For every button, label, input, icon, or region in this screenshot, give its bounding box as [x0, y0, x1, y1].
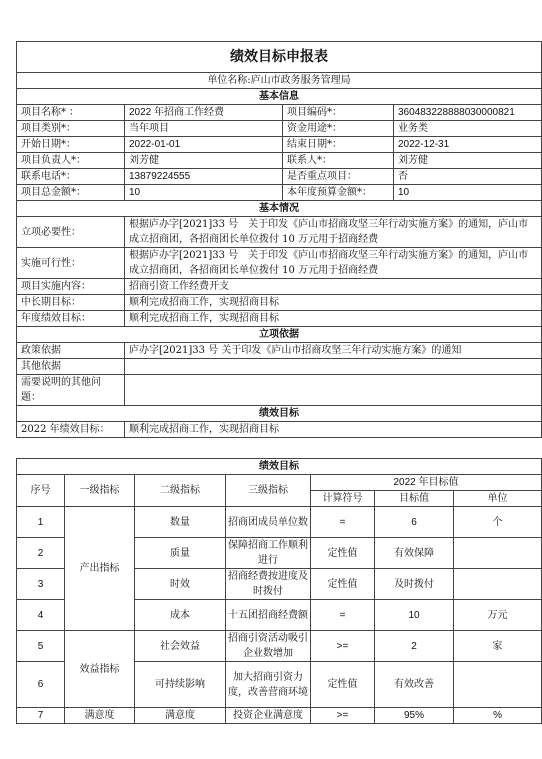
- indicator-seq: 7: [17, 708, 65, 724]
- info-label: 项目总金额*：: [17, 185, 125, 201]
- basis-label: 其他依据: [17, 359, 125, 375]
- indicator-level3: 十五团招商经费额: [226, 600, 311, 631]
- indicator-target: 有效保障: [375, 538, 454, 569]
- indicator-seq: 6: [17, 662, 65, 708]
- situation-row: 年度绩效目标： 顺利完成招商工作，实现招商目标: [17, 311, 542, 327]
- indicator-unit: 万元: [454, 600, 542, 631]
- info-label: 是否重点项目：: [283, 169, 394, 185]
- header-row: 序号 一级指标 二级指标 三级指标 2022 年目标值: [17, 475, 542, 491]
- basis-value: [125, 359, 542, 375]
- situation-label: 立项必要性：: [17, 217, 125, 248]
- info-label: 本年度预算金额*：: [283, 185, 394, 201]
- situation-value: 顺利完成招商工作，实现招商目标: [125, 311, 542, 327]
- indicator-level3: 保障招商工作顺利进行: [226, 538, 311, 569]
- info-label: 项目名称* ：: [17, 105, 125, 121]
- indicator-unit: %: [454, 708, 542, 724]
- indicator-level2: 数量: [135, 507, 226, 538]
- indicator-operator: 定性值: [311, 538, 375, 569]
- indicator-row: 5 效益指标 社会效益 招商引资活动吸引企业数增加 >= 2 家: [17, 631, 542, 662]
- situation-value: 根据庐办字[2021]33 号 关于印发《庐山市招商攻坚三年行动实施方案》的通知…: [125, 248, 542, 279]
- indicator-level3: 招商经费按进度及时拨付: [226, 569, 311, 600]
- indicator-operator: =: [311, 507, 375, 538]
- header-seq: 序号: [17, 475, 65, 507]
- situation-label: 年度绩效目标：: [17, 311, 125, 327]
- indicator-unit: 个: [454, 507, 542, 538]
- indicator-level3: 加大招商引资力度，改善营商环境: [226, 662, 311, 708]
- indicator-seq: 1: [17, 507, 65, 538]
- info-value: 2022-12-31: [394, 137, 542, 153]
- basis-row: 政策依据 庐办字[2021]33 号 关于印发《庐山市招商攻坚三年行动实施方案》…: [17, 343, 542, 359]
- info-label: 联系人*：: [283, 153, 394, 169]
- goal-value: 顺利完成招商工作，实现招商目标: [125, 422, 542, 438]
- indicator-seq: 4: [17, 600, 65, 631]
- indicator-unit: [454, 662, 542, 708]
- indicator-target: 有效改善: [375, 662, 454, 708]
- info-row: 联系电话*： 13879224555 是否重点项目： 否: [17, 169, 542, 185]
- header-level3: 三级指标: [226, 475, 311, 507]
- indicator-operator: >=: [311, 631, 375, 662]
- indicator-level2: 社会效益: [135, 631, 226, 662]
- indicator-level2: 可持续影响: [135, 662, 226, 708]
- info-label: 项目类别*：: [17, 121, 125, 137]
- indicator-operator: =: [311, 600, 375, 631]
- indicator-unit: 家: [454, 631, 542, 662]
- situation-value: 招商引资工作经费开支: [125, 279, 542, 295]
- section-performance-goal: 绩效目标: [17, 406, 542, 422]
- header-level1: 一级指标: [65, 475, 135, 507]
- header-level2: 二级指标: [135, 475, 226, 507]
- situation-label: 中长期目标：: [17, 295, 125, 311]
- header-target: 目标值: [375, 491, 454, 507]
- indicator-level2: 成本: [135, 600, 226, 631]
- indicator-level2: 时效: [135, 569, 226, 600]
- info-row: 开始日期*： 2022-01-01 结束日期*： 2022-12-31: [17, 137, 542, 153]
- section-project-basis: 立项依据: [17, 327, 542, 343]
- form-title: 绩效目标申报表: [17, 42, 542, 73]
- indicator-target: 95%: [375, 708, 454, 724]
- declaration-form-table: 绩效目标申报表 单位名称:庐山市政务服务管理局 基本信息 项目名称* ： 202…: [16, 41, 542, 438]
- section-basic-info: 基本信息: [17, 89, 542, 105]
- info-value: 13879224555: [125, 169, 283, 185]
- indicator-level2: 质量: [135, 538, 226, 569]
- info-label: 项目编码*：: [283, 105, 394, 121]
- situation-row: 项目实施内容： 招商引资工作经费开支: [17, 279, 542, 295]
- indicator-seq: 3: [17, 569, 65, 600]
- info-label: 结束日期*：: [283, 137, 394, 153]
- indicator-level3: 招商引资活动吸引企业数增加: [226, 631, 311, 662]
- basis-label: 政策依据: [17, 343, 125, 359]
- header-unit: 单位: [454, 491, 542, 507]
- situation-row: 中长期目标： 顺利完成招商工作，实现招商目标: [17, 295, 542, 311]
- info-value: 360483228888030000821: [394, 105, 542, 121]
- info-label: 联系电话*：: [17, 169, 125, 185]
- info-value: 10: [394, 185, 542, 201]
- indicator-seq: 2: [17, 538, 65, 569]
- group-satisfaction: 满意度: [65, 708, 135, 724]
- indicator-row: 7 满意度 满意度 投资企业满意度 >= 95% %: [17, 708, 542, 724]
- indicator-target: 10: [375, 600, 454, 631]
- info-value: 刘芳健: [394, 153, 542, 169]
- basis-row: 需要说明的其他问题：: [17, 375, 542, 406]
- info-value: 业务类: [394, 121, 542, 137]
- info-row: 项目负责人*： 刘芳健 联系人*： 刘芳健: [17, 153, 542, 169]
- indicator-level3: 招商团成员单位数: [226, 507, 311, 538]
- indicator-row: 1 产出指标 数量 招商团成员单位数 = 6 个: [17, 507, 542, 538]
- unit-name: 单位名称:庐山市政务服务管理局: [17, 73, 542, 89]
- indicator-level3: 投资企业满意度: [226, 708, 311, 724]
- basis-value: 庐办字[2021]33 号 关于印发《庐山市招商攻坚三年行动实施方案》的通知: [125, 343, 542, 359]
- indicator-section-title: 绩效目标: [17, 459, 542, 475]
- situation-label: 实施可行性：: [17, 248, 125, 279]
- info-label: 开始日期*：: [17, 137, 125, 153]
- situation-label: 项目实施内容：: [17, 279, 125, 295]
- situation-row: 立项必要性： 根据庐办字[2021]33 号 关于印发《庐山市招商攻坚三年行动实…: [17, 217, 542, 248]
- info-label: 项目负责人*：: [17, 153, 125, 169]
- info-value: 否: [394, 169, 542, 185]
- indicator-unit: [454, 538, 542, 569]
- info-label: 资金用途*：: [283, 121, 394, 137]
- goal-label: 2022 年绩效目标：: [17, 422, 125, 438]
- group-benefit: 效益指标: [65, 631, 135, 708]
- situation-row: 实施可行性： 根据庐办字[2021]33 号 关于印发《庐山市招商攻坚三年行动实…: [17, 248, 542, 279]
- group-output: 产出指标: [65, 507, 135, 631]
- indicator-operator: >=: [311, 708, 375, 724]
- situation-value: 顺利完成招商工作，实现招商目标: [125, 295, 542, 311]
- indicator-unit: [454, 569, 542, 600]
- indicator-operator: 定性值: [311, 569, 375, 600]
- info-value: 10: [125, 185, 283, 201]
- indicator-target: 及时拨付: [375, 569, 454, 600]
- indicator-table: 绩效目标 序号 一级指标 二级指标 三级指标 2022 年目标值 计算符号 目标…: [16, 458, 542, 724]
- indicator-seq: 5: [17, 631, 65, 662]
- info-row: 项目名称* ： 2022 年招商工作经费 项目编码*： 360483228888…: [17, 105, 542, 121]
- info-value: 2022 年招商工作经费: [125, 105, 283, 121]
- basis-value: [125, 375, 542, 406]
- indicator-target: 6: [375, 507, 454, 538]
- header-target-group: 2022 年目标值: [311, 475, 542, 491]
- indicator-target: 2: [375, 631, 454, 662]
- situation-value: 根据庐办字[2021]33 号 关于印发《庐山市招商攻坚三年行动实施方案》的通知…: [125, 217, 542, 248]
- indicator-level2: 满意度: [135, 708, 226, 724]
- info-value: 当年项目: [125, 121, 283, 137]
- indicator-operator: 定性值: [311, 662, 375, 708]
- basis-row: 其他依据: [17, 359, 542, 375]
- section-basic-situation: 基本情况: [17, 201, 542, 217]
- header-operator: 计算符号: [311, 491, 375, 507]
- info-row: 项目类别*： 当年项目 资金用途*： 业务类: [17, 121, 542, 137]
- info-value: 刘芳健: [125, 153, 283, 169]
- basis-label: 需要说明的其他问题：: [17, 375, 125, 406]
- info-value: 2022-01-01: [125, 137, 283, 153]
- goal-row: 2022 年绩效目标： 顺利完成招商工作，实现招商目标: [17, 422, 542, 438]
- info-row: 项目总金额*： 10 本年度预算金额*： 10: [17, 185, 542, 201]
